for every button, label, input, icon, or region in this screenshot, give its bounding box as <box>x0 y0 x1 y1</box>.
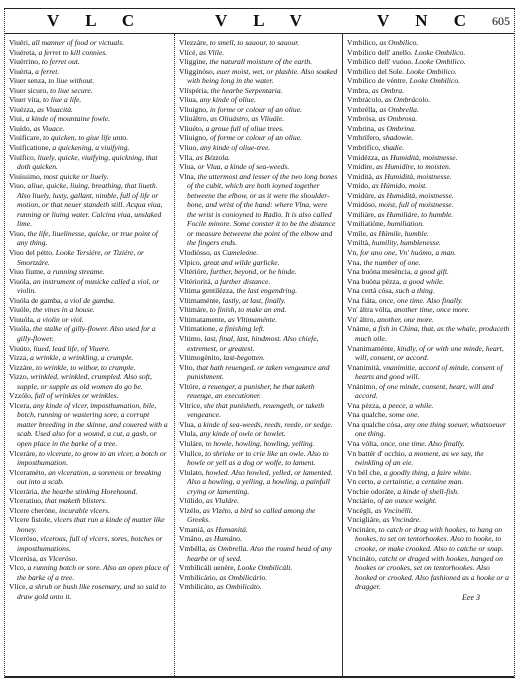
definition: Looke Ombilico. <box>415 57 466 66</box>
dictionary-entry: Vlcerúsa, as Vlceróso. <box>9 554 170 564</box>
dictionary-entry: Vlíspéria, the hearbe Serpentaria. <box>179 86 338 96</box>
dictionary-entry: Vmbilicáli uenére, Looke Ombilicáli. <box>179 563 338 573</box>
dictionary-entry: Vluláre, to howle, howling, howling, yel… <box>179 439 338 449</box>
dictionary-entry: Viuer senza, to liue without. <box>9 76 170 86</box>
headword: Viuo, <box>9 181 26 190</box>
dictionary-entry: Vmbilicário, as Ombilicário. <box>179 573 338 583</box>
definition: that hath reuenged, or taken vengeance a… <box>187 363 330 382</box>
dictionary-entry: Vn, for uno one, Vn' huómo, a man. <box>347 248 510 258</box>
dictionary-entry: Vna certá cósa, such a thing. <box>347 286 510 296</box>
definition: any kinde of oliue-tree. <box>200 143 270 152</box>
dictionary-entry: Viuóle, the vines in a house. <box>9 305 170 315</box>
definition: a kinde of sea-weeds, reeds, reede, or s… <box>198 420 333 429</box>
headword: Vzzólo, <box>9 391 33 400</box>
definition: aliue, quicke, liuing, breathing, that l… <box>17 181 162 228</box>
headword: Vmbilico dell' vuóuo. <box>347 57 413 66</box>
dictionary-entry: Vlíce, a shrub or bush like rosemary, an… <box>9 582 170 601</box>
headword: Vmbilicáli uenére, <box>179 563 236 572</box>
definition: a ferret to kill connies. <box>39 48 108 57</box>
dictionary-entry: Vmidézza, as Humidità, moistnesse. <box>347 153 510 163</box>
headword: Viuo del pétto. <box>9 248 54 257</box>
dictionary-entry: Viui, a kinde of mountaine fowle. <box>9 114 170 124</box>
headword: Viuíssimo, <box>9 172 42 181</box>
dictionary-entry: Vltimogénito, last-begotten. <box>179 353 338 363</box>
page-number: 605 <box>492 14 510 29</box>
definition: last, final, last, hindmost. Also chiefe… <box>187 334 319 353</box>
definition: further, beyond, or be hinde. <box>210 267 296 276</box>
dictionary-entry: Vlulíce, to shrieke or to crie like an o… <box>179 449 338 468</box>
headword: Vncigliáre, <box>347 515 381 524</box>
headword: Vncégli, <box>347 506 373 515</box>
dictionary-entry: Vna vólta, once, one time. Also finally. <box>347 439 510 449</box>
dictionary-entry: Vlícé, as Vlíle. <box>179 48 338 58</box>
headword: Vliuigno, <box>179 105 208 114</box>
dictionary-entry: Vizza, a wrinkle, a wrinkling, a crumple… <box>9 353 170 363</box>
definition: a shrub or bush like rosemary, and so sa… <box>17 582 166 601</box>
definition: most quicke or liuely. <box>44 172 109 181</box>
headword: Vmbélla, <box>179 544 207 553</box>
headword: Vlla, <box>179 153 194 162</box>
headword: Viuer vita, <box>9 95 41 104</box>
headword: Vmidíre, <box>347 162 374 171</box>
headword: Vlco, <box>9 563 26 572</box>
headword: Viuéri, <box>9 38 30 47</box>
headword: Viuído, <box>9 124 32 133</box>
dictionary-entry: Vlco, a running botch or sore. Also an o… <box>9 563 170 582</box>
definition: as Vluláre. <box>206 496 239 505</box>
dictionary-entry: Vltrice, she that punisheth, reuengeth, … <box>179 401 338 420</box>
definition: as Viuace. <box>33 124 64 133</box>
headword: Vnáme, <box>347 324 371 333</box>
headword: Vmbrácolo, <box>347 95 383 104</box>
headword: Vmiltà, <box>347 238 370 247</box>
definition: as Húmile, humble. <box>370 229 429 238</box>
dictionary-entry: Vna buóna meséncia, a good gift. <box>347 267 510 277</box>
definition: as Bézzola. <box>196 153 230 162</box>
definition: to vlcerate, to grow to an vlcer, a botc… <box>17 449 167 468</box>
dictionary-entry: Vmbrina, as Ombrina. <box>347 124 510 134</box>
definition: or Vlua, a kinde of sea-weeds. <box>198 162 290 171</box>
headword: Vmbrifíco, <box>347 143 381 152</box>
definition: to liue secure. <box>50 86 93 95</box>
headword: Vmbrósa, <box>347 114 377 123</box>
headword: Vmbilicáto, <box>179 582 215 591</box>
definition: to catch or drag with hookes, to hang on… <box>355 525 503 553</box>
headword: Vizzo, <box>9 372 29 381</box>
dictionary-entry: Vn battér d' occhio, a moment, as we say… <box>347 449 510 468</box>
dictionary-entry: Vliuigno, of forme or colour of an oliue… <box>179 133 338 143</box>
definition: as Vncinélli. <box>375 506 413 515</box>
headword: Vn' áltro, <box>347 315 375 324</box>
headword: Vmbilico, <box>347 38 378 47</box>
definition: once, one time. Also finally. <box>379 296 463 305</box>
dictionary-entry: Vncináto, catcht or draged with hookes, … <box>347 554 510 592</box>
headword: Viuífico, <box>9 153 36 162</box>
definition: the stalke of gilly-flower. Also used fo… <box>17 324 156 343</box>
dictionary-entry: Vlceraméto, an vlceration, a soreness or… <box>9 468 170 487</box>
definition: as Ombilicário. <box>220 573 268 582</box>
dictionary-entry: Vlcere cheróne, incurable vlcers. <box>9 506 170 516</box>
dictionary-entry: Vnchie odoráte, a kinde of shell-fish. <box>347 487 510 497</box>
dictionary-entry: Vnánimo, of one minde, consent, heart, w… <box>347 382 510 401</box>
headword: Vliua, <box>179 95 198 104</box>
dictionary-entry: Vna qualche cósa, any one thing soeuer, … <box>347 420 510 439</box>
definition: liued, lead life, of Viuere. <box>33 344 110 353</box>
definition: to liue a life. <box>43 95 81 104</box>
definition: a kinde of shell-fish. <box>397 487 459 496</box>
dictionary-entry: Vmáno, as Humáno. <box>179 534 338 544</box>
dictionary-entry: Vmbilicáto, as Ombilicáto. <box>179 582 338 592</box>
dictionary-entry: Vltimo, last, final, last, hindmost. Als… <box>179 334 338 353</box>
dictionary-entry: Vlulato, howled. Also howled, yelled, or… <box>179 468 338 497</box>
dictionary-entry: Vna fiáta, once, one time. Also finally. <box>347 296 510 306</box>
dictionary-entry: Vn' áltra vólta, another time, once more… <box>347 305 510 315</box>
headword: Vltima gentilézza, <box>179 286 235 295</box>
definition: as Vltimaménte. <box>228 315 277 324</box>
dictionary-entry: Vmidità, as Humidità, moistnesse. <box>347 172 510 182</box>
headword: Vliuéto, <box>179 124 204 133</box>
headword: Vmbilico del Sole. <box>347 67 404 76</box>
dictionary-entry: Viuérta, a ferret. <box>9 67 170 77</box>
dictionary-entry: Vmiliáre, as Humiliáre, to humble. <box>347 210 510 220</box>
definition: Looke Ombilico. <box>406 67 457 76</box>
headword: Vmbilico dell' anello. <box>347 48 413 57</box>
definition: as Vlceróso. <box>40 554 78 563</box>
headword: Viuóla, <box>9 277 31 286</box>
headword: Vna, <box>347 258 362 267</box>
definition: a running botch or sore. Also an open pl… <box>17 563 169 582</box>
dictionary-entry: Vmbrósa, as Ombrosa. <box>347 114 510 124</box>
dictionary-entry: Vlezzáre, to smell, to sauour, to sauour… <box>179 38 338 48</box>
headword: Vnanimitá, <box>347 363 381 372</box>
dictionary-entry: Viuer vita, to liue a life. <box>9 95 170 105</box>
dictionary-entry: Vlcerária, the hearbe stinking Horehound… <box>9 487 170 497</box>
dictionary-entry: Vlcere fistole, vlcers that run a kinde … <box>9 515 170 534</box>
definition: another, one more. <box>377 315 434 324</box>
headword: Viuúto, <box>9 344 32 353</box>
dictionary-entry: Viuérrino, to ferret out. <box>9 57 170 67</box>
headword: Viuo fiume, <box>9 267 45 276</box>
dictionary-entry: Vn certo, a certaintie, a certaine man. <box>347 477 510 487</box>
definition: as Vlzéto, a bird so called among the Gr… <box>187 506 315 525</box>
headword: Viuer sicuro, <box>9 86 48 95</box>
definition: shadie. <box>382 143 404 152</box>
headword: Vmaniá, <box>179 525 205 534</box>
signature-mark: Eee 3 <box>347 593 510 603</box>
dictionary-entry: Vmiltà, humility, humblenesse. <box>347 238 510 248</box>
headword: Vlceróso, <box>9 534 38 543</box>
dictionary-entry: Viuído, as Viuace. <box>9 124 170 134</box>
dictionary-entry: Vncégli, as Vncinélli. <box>347 506 510 516</box>
definition: as Ombilico. <box>380 38 419 47</box>
definition: humiliation. <box>387 219 424 228</box>
headword: Vlzélo, <box>179 506 201 515</box>
dictionary-entry: Vmido, as Húmido, moist. <box>347 181 510 191</box>
dictionary-entry: Viuóla, the stalke of gilly-flower. Also… <box>9 324 170 343</box>
headword: Vmidóso, <box>347 200 377 209</box>
definition: as Humidità, moistnesse. <box>378 191 454 200</box>
dictionary-entry: Vmbilico del Sole. Looke Ombilico. <box>347 67 510 77</box>
headword: Vlícé, <box>179 48 197 57</box>
definition: last-begotten. <box>223 353 265 362</box>
dictionary-entry: Vmidíre, as Humidíre, to moisten. <box>347 162 510 172</box>
headword: Vlceráre, <box>9 449 37 458</box>
headword: Viuuóla, <box>9 315 35 324</box>
dictionary-entry: Vlua, a kinde of sea-weeds, reeds, reede… <box>179 420 338 430</box>
definition: a violin or viol. <box>37 315 84 324</box>
definition: to smell, to sauour, to sauour. <box>210 38 299 47</box>
headword: Vliuigno, <box>179 133 208 142</box>
definition: a fish in China, that, as the whale, pro… <box>355 324 509 343</box>
column-middle: Vlezzáre, to smell, to sauour, to sauour… <box>175 34 343 676</box>
headword: Vnchie odoráte, <box>347 487 396 496</box>
definition: humility, humblenesse. <box>372 238 441 247</box>
definition: vlcerous, full of vlcers, sores, botches… <box>17 534 163 553</box>
definition: full of wrinkles or wrinkles. <box>35 391 119 400</box>
dictionary-entry: Vltima gentilézza, the last engendring. <box>179 286 338 296</box>
definition: a good while. <box>403 277 444 286</box>
dictionary-entry: Vnanimitá, vnanimitie, accord of minde, … <box>347 363 510 382</box>
headword: Vltimatamente, <box>179 315 226 324</box>
definition: catcht or draged with hookes, hanged on … <box>355 554 509 592</box>
definition: wrinkled, wrinkled, crumpled. Also soft,… <box>17 372 152 391</box>
definition: howled. Also howled, yelled, or lamented… <box>187 468 333 496</box>
definition: a good gift. <box>414 267 449 276</box>
headword: Vlceraméto, <box>9 468 46 477</box>
headword: Viuóla de gamba, <box>9 296 62 305</box>
definition: as Ombrella. Also the round head of any … <box>187 544 332 563</box>
dictionary-entry: Viuuóla, a violin or viol. <box>9 315 170 325</box>
dictionary-entry: Viuífico, liuely, quicke, viuifying, qui… <box>9 153 170 172</box>
definition: as Ombrosa. <box>379 114 418 123</box>
definition: as Humidità, moistnesse. <box>376 172 452 181</box>
headword: Vmido, <box>347 181 370 190</box>
dictionary-entry: Vmidóso, moist, full of moistnesse. <box>347 200 510 210</box>
dictionary-entry: Viuo, the life, liuelinesse, quicke, or … <box>9 229 170 248</box>
definition: Looke Ombilico. <box>409 76 460 85</box>
headword: Vmbrífero, <box>347 133 381 142</box>
definition: any kinde of owle or howlet. <box>200 429 286 438</box>
dictionary-entry: Vlceróso, vlcerous, full of vlcers, sore… <box>9 534 170 553</box>
headword: Viuificatione, <box>9 143 51 152</box>
definition: all manner of food or victuals. <box>32 38 124 47</box>
headword: Vlulíce, <box>179 449 203 458</box>
dictionary-entry: Vmbilico dell' anello. Looke Ombilico. <box>347 48 510 58</box>
dictionary-entry: Vlna, the uttermost and lesser of the tw… <box>179 172 338 248</box>
headword: Vna fiáta, <box>347 296 377 305</box>
definition: that maketh blisters. <box>45 496 107 505</box>
headword: Vmíle, <box>347 229 368 238</box>
definition: Looke Ombilicáli. <box>237 563 292 572</box>
dictionary-entry: Vltérióre, further, beyond, or be hinde. <box>179 267 338 277</box>
dictionary-entry: Vlúlido, as Vluláre. <box>179 496 338 506</box>
definition: as Vncináre. <box>383 515 421 524</box>
definition: as Humáno. <box>205 534 242 543</box>
dictionary-entry: Viuificare, to quicken, to giue life unt… <box>9 133 170 143</box>
dictionary-page: V L C V L V V N C 605 Viuéri, all manner… <box>4 8 515 678</box>
dictionary-entry: Viuíssimo, most quicke or liuely. <box>9 172 170 182</box>
headword: Viuo, <box>9 229 26 238</box>
headword: Vmáno, <box>179 534 203 543</box>
headword: Vn bél che, <box>347 468 382 477</box>
headword: Vlua, <box>179 420 196 429</box>
headword: Viuóla, <box>9 324 31 333</box>
dictionary-entry: Vlodiósso, as Cameleóne. <box>179 248 338 258</box>
definition: for uno one, Vn' huómo, a man. <box>360 248 456 257</box>
headword: Viuérrino, <box>9 57 40 66</box>
dictionary-entry: Vmbrácolo, as Ombrácolo. <box>347 95 510 105</box>
definition: lastly, at last, finally. <box>222 296 285 305</box>
headword: Vna buóna pézza, <box>347 277 401 286</box>
dictionary-entry: Vlceratiuo, that maketh blisters. <box>9 496 170 506</box>
dictionary-entry: Vltimatione, a finishing left. <box>179 324 338 334</box>
definition: to wrinkle, to withor, to crumple. <box>36 363 136 372</box>
definition: as Humanitá. <box>207 525 248 534</box>
headword: Vlpico, <box>179 258 202 267</box>
headword: Vn battér d' occhio, <box>347 449 407 458</box>
definition: as Húmido, moist. <box>372 181 427 190</box>
headword: Vlcere cheróne, <box>9 506 57 515</box>
definition: the hearbe Serpentaria. <box>211 86 283 95</box>
headword: Vlíspéria, <box>179 86 209 95</box>
running-head-center: V L V <box>215 11 313 31</box>
definition: to ferret out. <box>42 57 80 66</box>
definition: as Viuacità. <box>37 105 73 114</box>
headword: Vltóre, <box>179 382 200 391</box>
definition: moist, full of moistnesse. <box>379 200 454 209</box>
column-left: Viuéri, all manner of food or victuals.V… <box>5 34 175 676</box>
dictionary-entry: Vliuo, any kinde of oliue-tree. <box>179 143 338 153</box>
headword: Vncináre, <box>347 525 377 534</box>
definition: as Humidíre, to moisten. <box>376 162 451 171</box>
column-right: Vmbilico, as Ombilico.Vmbilico dell' ane… <box>343 34 514 676</box>
definition: once, one time. Also finally. <box>381 439 465 448</box>
dictionary-entry: Viuo fiume, a running streame. <box>9 267 170 277</box>
dictionary-entry: Vlcera, any kinde of vlcer, imposthumati… <box>9 401 170 449</box>
definition: as Ombilicáto. <box>217 582 262 591</box>
headword: Vlodiósso, <box>179 248 212 257</box>
headword: Vmbilicário, <box>179 573 218 582</box>
dictionary-entry: Vncináre, to catch or drag with hookes, … <box>347 525 510 554</box>
dictionary-entry: Vncigliáre, as Vncináre. <box>347 515 510 525</box>
headword: Vlua, <box>179 162 196 171</box>
headword: Vlto, <box>179 363 194 372</box>
dictionary-entry: Vzzólo, full of wrinkles or wrinkles. <box>9 391 170 401</box>
dictionary-entry: Viuo, aliue, quicke, liuing, breathing, … <box>9 181 170 229</box>
definition: as Vlíle. <box>199 48 224 57</box>
dictionary-entry: Vlceráre, to vlcerate, to grow to an vlc… <box>9 449 170 468</box>
headword: Vlcerúsa, <box>9 554 38 563</box>
definition: she that punisheth, reuengeth, or taketh… <box>187 401 324 420</box>
definition: a finishing left. <box>219 324 265 333</box>
headword: Vltimaménte, <box>179 296 221 305</box>
dictionary-entry: Vligginóso, euer moist, wet, or plashie.… <box>179 67 338 86</box>
definition: liuely, quicke, viuifying, quickning, th… <box>17 153 157 172</box>
definition: a viol de gamba. <box>64 296 115 305</box>
definition: such a thing. <box>396 286 435 295</box>
headword: Vlcera, <box>9 401 31 410</box>
dictionary-entry: Vlua, or Vlua, a kinde of sea-weeds. <box>179 162 338 172</box>
definition: as Ombrella. <box>379 105 418 114</box>
dictionary-entry: Vltóre, a reuenger, a punisher, he that … <box>179 382 338 401</box>
dictionary-entry: Vmbrélla, as Ombrella. <box>347 105 510 115</box>
headword: Vmbilico de véntre. <box>347 76 408 85</box>
headword: Viui, <box>9 114 24 123</box>
definition: the uttermost and lesser of the two long… <box>187 172 337 248</box>
headword: Vmbra, <box>347 86 370 95</box>
headword: Vn certo, <box>347 477 375 486</box>
headword: Vliggine, <box>179 57 207 66</box>
dictionary-entry: Viuóla de gamba, a viol de gamba. <box>9 296 170 306</box>
dictionary-entry: Vmíle, as Húmile, humble. <box>347 229 510 239</box>
definition: another time, once more. <box>394 305 470 314</box>
headword: Vna vólta, <box>347 439 379 448</box>
headword: Vlúlido, <box>179 496 204 505</box>
dictionary-entry: Vltimatamente, as Vltimaménte. <box>179 315 338 325</box>
definition: a wrinkle, a wrinkling, a crumple. <box>30 353 133 362</box>
dictionary-entry: Vnanimaménte, kindly, of or with one min… <box>347 344 510 363</box>
dictionary-entry: Vmaniá, as Humanitá. <box>179 525 338 535</box>
dictionary-entry: Vmiliatióne, humiliation. <box>347 219 510 229</box>
definition: a goodly thing, a faire white. <box>384 468 472 477</box>
headword: Viuérta, <box>9 67 33 76</box>
definition: incurable vlcers. <box>59 506 110 515</box>
headword: Vlulato, <box>179 468 204 477</box>
definition: to howle, howling, howling, yelling. <box>206 439 315 448</box>
dictionary-entry: Vmbilico, as Ombilico. <box>347 38 510 48</box>
headword: Vltrice, <box>179 401 202 410</box>
dictionary-entry: Vna, the number of one. <box>347 258 510 268</box>
dictionary-entry: Vnáme, a fish in China, that, as the wha… <box>347 324 510 343</box>
definition: a running streame. <box>47 267 104 276</box>
headword: Vna qualche, <box>347 410 387 419</box>
columns: Viuéri, all manner of food or victuals.V… <box>5 34 514 676</box>
dictionary-entry: Vn bél che, a goodly thing, a faire whit… <box>347 468 510 478</box>
running-head-left: V L C <box>47 11 145 31</box>
definition: as Ombrina. <box>378 124 416 133</box>
definition: great and wilde garlicke. <box>203 258 279 267</box>
headword: Vlna, <box>179 172 196 181</box>
dictionary-entry: Vna pézza, a peece, a while. <box>347 401 510 411</box>
headword: Vizzáre, <box>9 363 34 372</box>
dictionary-entry: Vmbilico dell' vuóuo. Looke Ombilico. <box>347 57 510 67</box>
dictionary-entry: Viuézza, as Viuacità. <box>9 105 170 115</box>
dictionary-entry: Vltérioritá, a further distance. <box>179 277 338 287</box>
headword: Vna pézza, <box>347 401 381 410</box>
dictionary-entry: Vltimáre, to finish, to make an end. <box>179 305 338 315</box>
dictionary-entry: Vmbrífero, shadowie. <box>347 133 510 143</box>
definition: as Ombrácolo. <box>385 95 430 104</box>
dictionary-entry: Vlzélo, as Vlzéto, a bird so called amon… <box>179 506 338 525</box>
headword: Viuóle, <box>9 305 31 314</box>
definition: a peece, a while. <box>383 401 434 410</box>
dictionary-entry: Vlla, as Bézzola. <box>179 153 338 163</box>
running-head-right: V N C <box>377 11 477 31</box>
headword: Vlcere fistole, <box>9 515 52 524</box>
definition: a groue full of oliue trees. <box>206 124 284 133</box>
headword: Vltimáre, <box>179 305 208 314</box>
definition: the last engendring. <box>237 286 298 295</box>
definition: as Humidità, moistnesse. <box>382 153 458 162</box>
headword: Vliuo, <box>179 143 198 152</box>
dictionary-entry: Vizzo, wrinkled, wrinkled, crumpled. Als… <box>9 372 170 391</box>
definition: a quickening, a viuifying. <box>52 143 129 152</box>
dictionary-entry: Viuificatione, a quickening, a viuifying… <box>9 143 170 153</box>
definition: an instrument of musicke called a viol, … <box>17 277 159 296</box>
headword: Vmidità, <box>347 172 374 181</box>
dictionary-entry: Vmbra, as Ombra. <box>347 86 510 96</box>
headword: Vnciário, <box>347 496 375 505</box>
